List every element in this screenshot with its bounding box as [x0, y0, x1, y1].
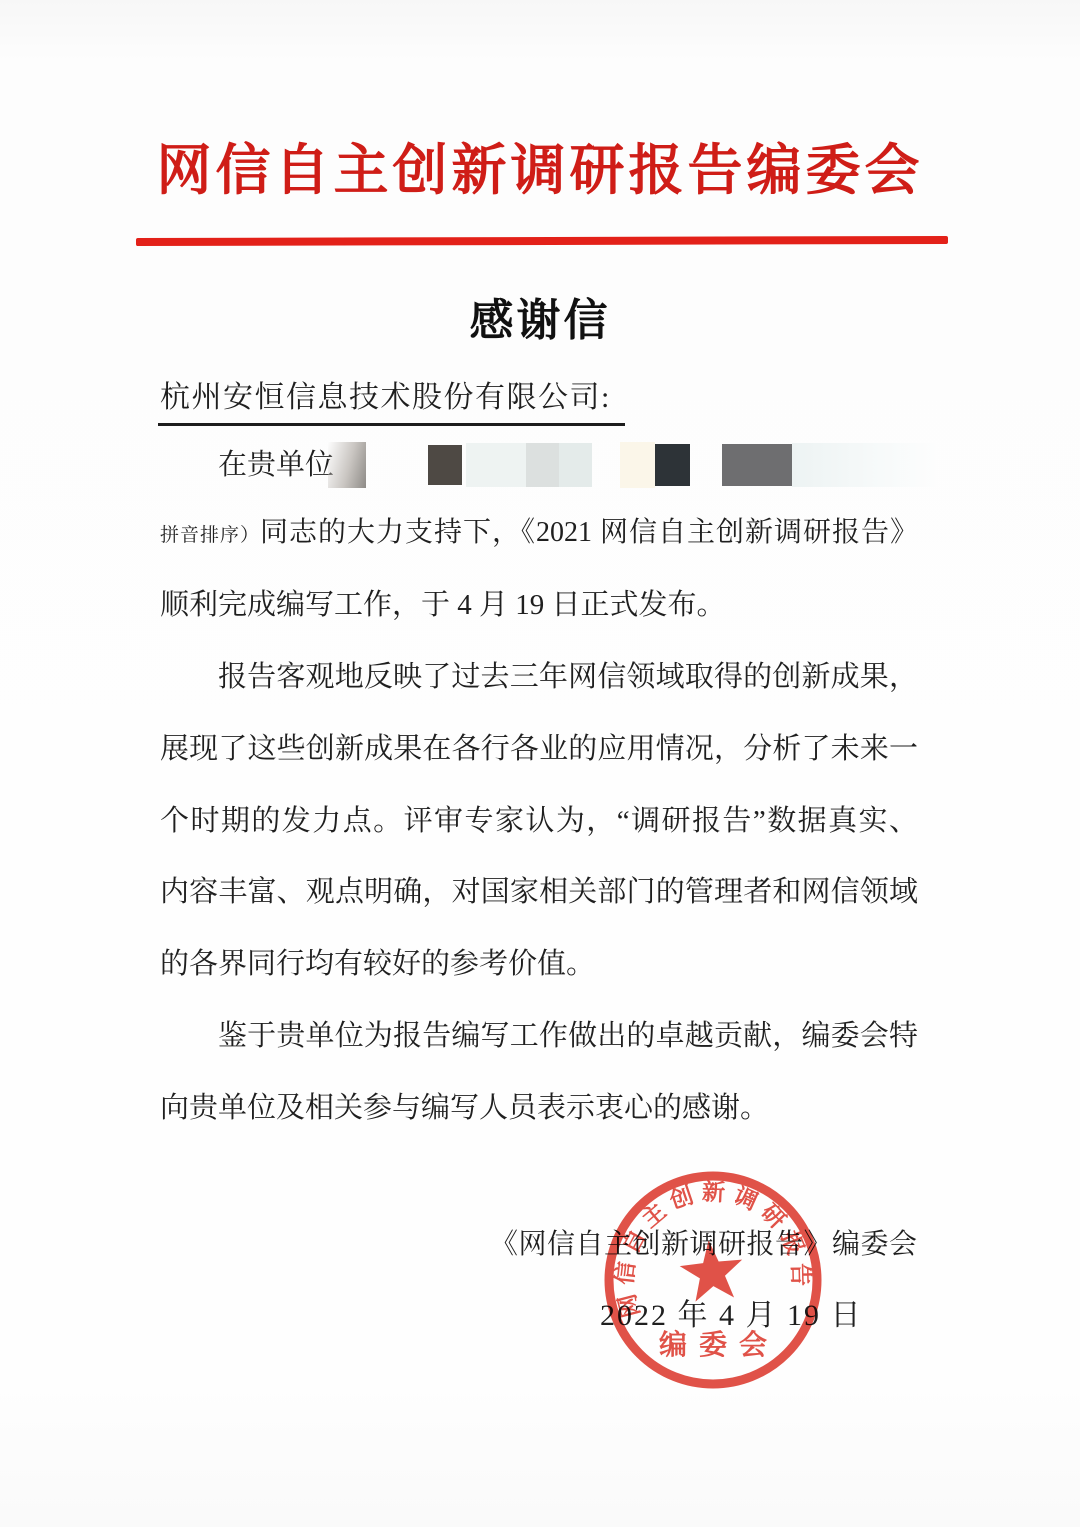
letter-title: 感谢信 — [0, 284, 1080, 348]
redacted-block — [328, 442, 366, 488]
body-line-p2-4: 内容丰富、观点明确，对国家相关部门的管理者和网信领域 — [160, 870, 918, 914]
seal-bottom-text: 编委会 — [659, 1328, 779, 1361]
body-line-p1-2-text: 同志的大力支持下，《2021 网信自主创新调研报告》 — [260, 511, 918, 555]
body-line-p2-1: 报告客观地反映了过去三年网信领域取得的创新成果， — [160, 655, 918, 699]
body-line-p1-3: 顺利完成编写工作，于 4 月 19 日正式发布。 — [160, 583, 918, 627]
committee-header-title: 网信自主创新调研报告编委会 — [0, 126, 1080, 205]
body-line-p3-2: 向贵单位及相关参与编写人员表示衷心的感谢。 — [160, 1086, 918, 1130]
redacted-block — [792, 443, 940, 487]
redacted-block — [722, 444, 792, 486]
body-line-p2-3: 个时期的发力点。评审专家认为，“调研报告”数据真实、 — [160, 799, 918, 843]
redacted-block — [466, 443, 526, 487]
official-seal-stamp: 网信自主创新调研报告 编委会 — [601, 1170, 825, 1394]
header-divider-rule — [136, 236, 948, 246]
body-line-p2-2: 展现了这些创新成果在各行各业的应用情况，分析了未来一 — [160, 727, 918, 771]
body-line-p1-2: 拼音排序） 同志的大力支持下，《2021 网信自主创新调研报告》 — [160, 511, 918, 558]
letter-page: 网信自主创新调研报告编委会 感谢信 杭州安恒信息技术股份有限公司: 在贵单位 拼… — [0, 0, 1080, 1527]
redaction-line-prefix: 在贵单位 — [160, 443, 334, 487]
redacted-block — [526, 443, 559, 487]
body-line-redacted-names: 在贵单位 — [160, 441, 918, 489]
body-line-p3-1: 鉴于贵单位为报告编写工作做出的卓越贡献，编委会特 — [160, 1014, 918, 1058]
redacted-block — [559, 443, 592, 487]
pinyin-order-note: 拼音排序） — [160, 514, 260, 558]
redaction-strip — [334, 441, 940, 489]
redacted-block — [620, 442, 655, 488]
redacted-block — [428, 445, 462, 485]
addressee-company-name: 杭州安恒信息技术股份有限公司: — [158, 372, 625, 426]
seal-star-icon — [677, 1237, 746, 1303]
redacted-block — [655, 444, 690, 486]
body-line-p2-5: 的各界同行均有较好的参考价值。 — [160, 942, 918, 986]
